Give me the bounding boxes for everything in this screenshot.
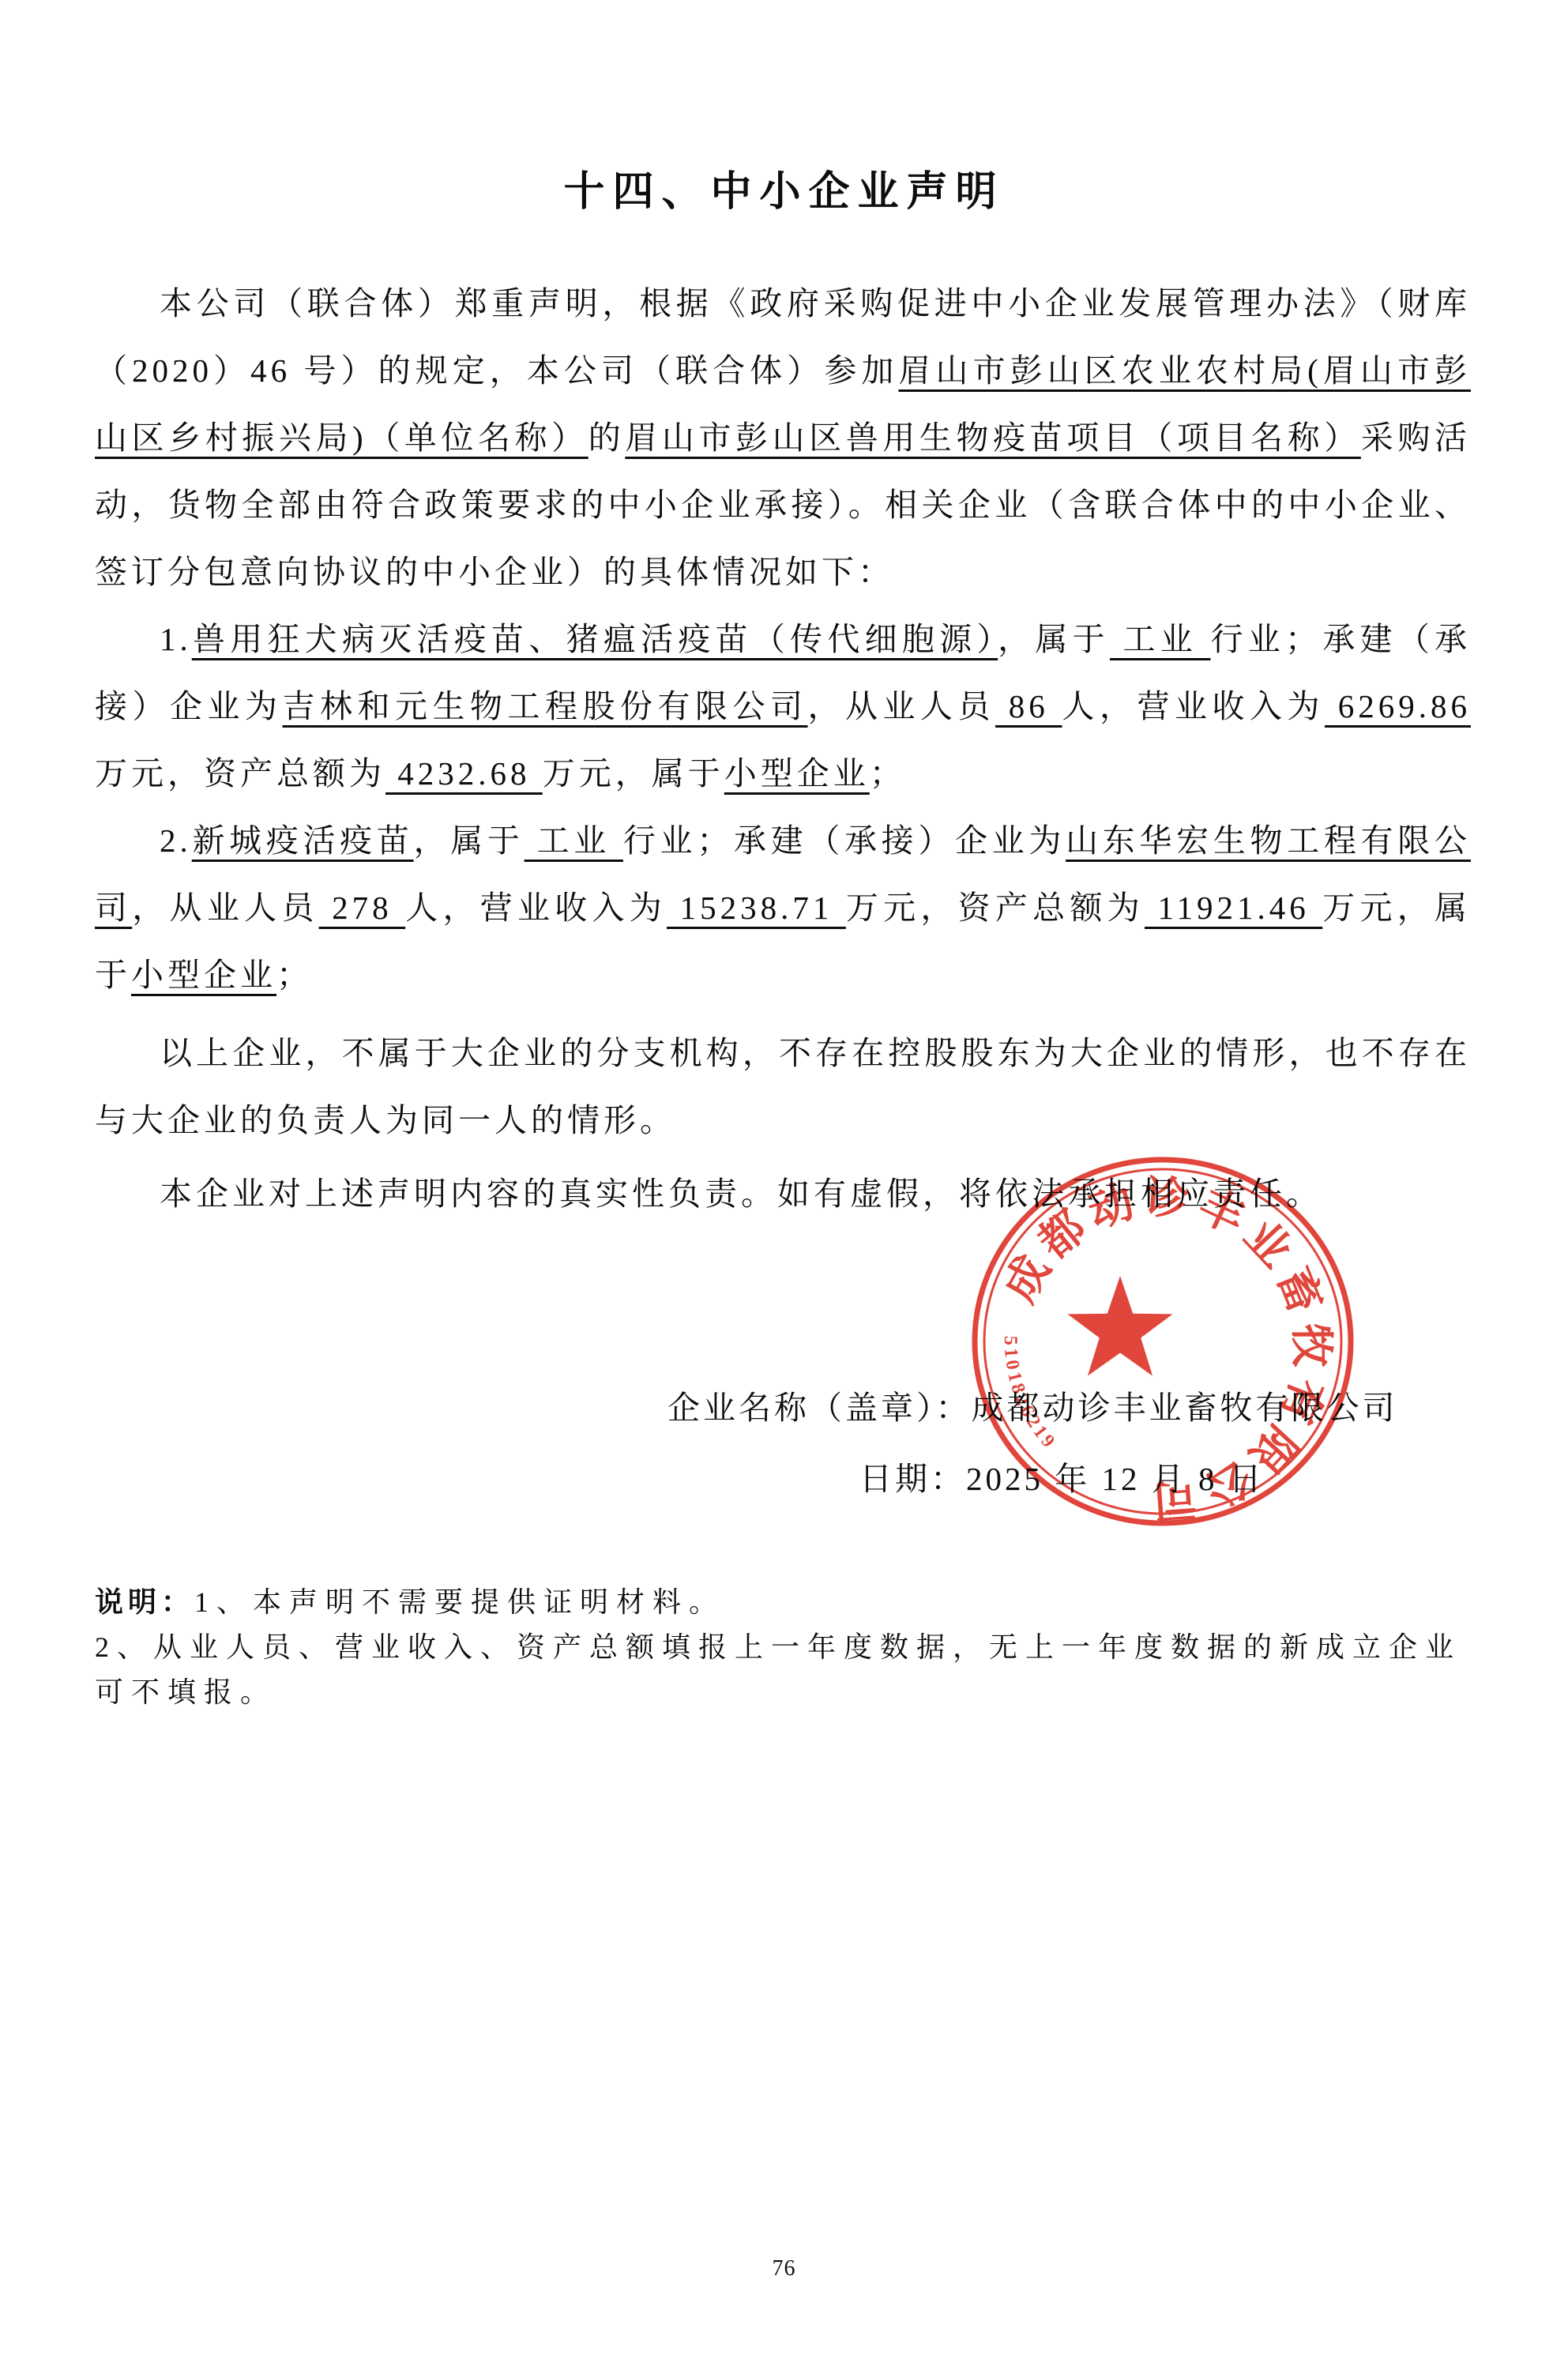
notes-section: 说明：1、本声明不需要提供证明材料。 2、从业人员、营业收入、资产总额填报上一年… <box>95 1580 1476 1715</box>
underlined-field: 15238.71 <box>667 890 846 926</box>
underlined-field: 吉林和元生物工程股份有限公司 <box>283 688 808 724</box>
text-run: ，属于 <box>998 621 1110 657</box>
text-run: 万元，属于 <box>543 755 724 792</box>
underlined-field: 6269.86 <box>1325 688 1471 724</box>
underlined-field: 278 <box>319 890 406 926</box>
underlined-field: 4232.68 <box>385 755 543 792</box>
text-run: ，从业人员 <box>132 890 318 926</box>
text-run: 以上企业，不属于大企业的分支机构，不存在控股股东为大企业的情形，也不存在与大企业… <box>95 1035 1471 1138</box>
underlined-field: 新城疫活疫苗 <box>192 822 414 859</box>
text-run: 行业；承建（承接）企业为 <box>623 822 1066 859</box>
text-run: 的 <box>588 419 626 456</box>
company-name-line: 企业名称（盖章）：成都动诊丰业畜牧有限公司 <box>667 1389 1398 1427</box>
text-run: 万元，资产总额为 <box>95 755 385 792</box>
responsibility-paragraph: 本企业对上述声明内容的真实性负责。如有虚假，将依法承担相应责任。 <box>95 1161 1471 1228</box>
text-run: ； <box>870 755 906 792</box>
item-2-paragraph: 2.新城疫活疫苗，属于 工业 行业；承建（承接）企业为山东华宏生物工程有限公司，… <box>95 807 1471 1009</box>
text-run: ，属于 <box>414 822 525 859</box>
document-page: 十四、中小企业声明 本公司（联合体）郑重声明，根据《政府采购促进中小企业发展管理… <box>0 0 1568 2370</box>
page-number: 76 <box>0 2256 1568 2282</box>
text-run: 1. <box>160 621 192 657</box>
underlined-field: 工业 <box>1110 621 1211 657</box>
text-run: 人，营业收入为 <box>405 890 667 926</box>
text-run: 2. <box>160 822 192 859</box>
note-line-1: 说明：1、本声明不需要提供证明材料。 <box>95 1580 1476 1625</box>
text-run: ； <box>276 957 313 993</box>
seal-star-icon <box>1067 1276 1172 1376</box>
page-title: 十四、中小企业声明 <box>0 158 1568 217</box>
intro-paragraph: 本公司（联合体）郑重声明，根据《政府采购促进中小企业发展管理办法》（财库（202… <box>95 270 1471 606</box>
underlined-field: 小型企业 <box>131 957 276 993</box>
underlined-field: 11921.46 <box>1145 890 1322 926</box>
underlined-field: 86 <box>995 688 1062 724</box>
item-1-paragraph: 1.兽用狂犬病灭活疫苗、猪瘟活疫苗（传代细胞源），属于 工业 行业；承建（承接）… <box>95 606 1471 807</box>
underlined-field: 眉山市彭山区兽用生物疫苗项目（项目名称） <box>625 419 1361 456</box>
note-1-text: 1、本声明不需要提供证明材料。 <box>194 1586 725 1618</box>
underlined-field: 小型企业 <box>724 755 870 792</box>
text-run: 万元，资产总额为 <box>846 890 1145 926</box>
declaration-body: 本公司（联合体）郑重声明，根据《政府采购促进中小企业发展管理办法》（财库（202… <box>95 270 1471 1228</box>
underlined-field: 兽用狂犬病灭活疫苗、猪瘟活疫苗（传代细胞源） <box>192 621 998 657</box>
text-run: 本企业对上述声明内容的真实性负责。如有虚假，将依法承担相应责任。 <box>160 1176 1322 1212</box>
date-line: 日期：2025 年 12 月 8 日 <box>859 1460 1265 1498</box>
notes-label: 说明： <box>95 1586 194 1618</box>
text-run: 人，营业收入为 <box>1062 688 1325 724</box>
note-line-2: 2、从业人员、营业收入、资产总额填报上一年度数据，无上一年度数据的新成立企业可不… <box>95 1625 1476 1715</box>
no-large-enterprise-paragraph: 以上企业，不属于大企业的分支机构，不存在控股股东为大企业的情形，也不存在与大企业… <box>95 1020 1471 1154</box>
text-run: ，从业人员 <box>808 688 996 724</box>
underlined-field: 工业 <box>525 822 623 859</box>
